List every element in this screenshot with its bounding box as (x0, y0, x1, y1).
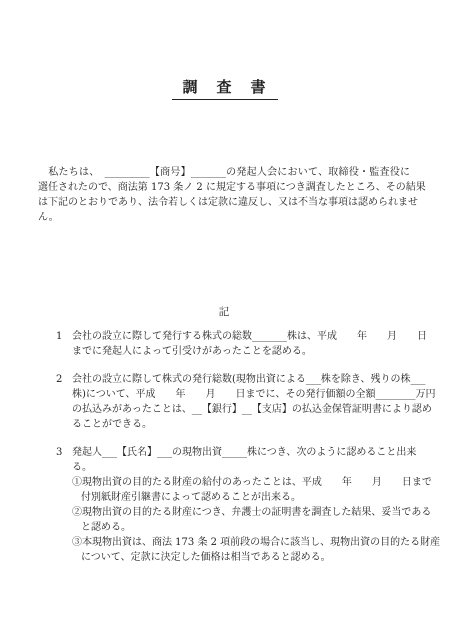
document-page: 調 査 書 私たちは、 _________【商号】_______の発起人会におい… (0, 0, 450, 636)
item-3-sub-2: ②現物出資の目的たる財産につき、弁護士の証明書を調査した結果、妥当である と認め… (72, 505, 410, 535)
item-3-number: 3 (56, 445, 62, 460)
item-3-line: 発起人___【氏名】___の現物出資_____株につき、次のように認めること出来 (72, 445, 410, 460)
sub-item-line: と認める。 (72, 520, 410, 535)
intro-line: ん。 (38, 210, 410, 225)
item-3-sub-1: ①現物出資の目的たる財産の給付のあったことは、平成 年 月 日まで 付別紙財産引… (72, 475, 410, 505)
item-3: 3 発起人___【氏名】___の現物出資_____株につき、次のように認めること… (38, 445, 410, 565)
document-title: 調 査 書 (172, 76, 277, 100)
item-1-line: 会社の設立に際して発行する株式の総数_______株は、平成 年 月 日 (72, 329, 410, 344)
item-2: 2 会社の設立に際して株式の発行総数(現物出資による___株を除き、残りの株__… (38, 372, 410, 432)
item-2-line: 会社の設立に際して株式の発行総数(現物出資による___株を除き、残りの株___ (72, 372, 410, 387)
intro-paragraph: 私たちは、 _________【商号】_______の発起人会において、取締役・… (38, 165, 410, 225)
intro-line: 選任されたので、商法第 173 条ノ 2 に規定する事項につき調査したところ、そ… (38, 180, 410, 195)
intro-line: は下記のとおりであり、法令若しくは定款に違反し、又は不当な事項は認められませ (38, 195, 410, 210)
item-1-number: 1 (56, 329, 62, 344)
item-2-line: ることができる。 (72, 417, 410, 432)
intro-line: 私たちは、 _________【商号】_______の発起人会において、取締役・… (38, 165, 410, 180)
item-2-number: 2 (56, 372, 62, 387)
sub-item-line: 付別紙財産引継書によって認めることが出来る。 (72, 490, 410, 505)
sub-item-line: ②現物出資の目的たる財産につき、弁護士の証明書を調査した結果、妥当である (72, 505, 410, 520)
item-2-line: の払込みがあったことは、__【銀行】__【支店】の払込金保管証明書により認め (72, 402, 410, 417)
item-1-line: までに発起人によって引受けがあったことを認める。 (72, 344, 410, 359)
item-3-line: る。 (72, 460, 410, 475)
sub-item-line: について、定款に決定した価格は相当であると認める。 (72, 550, 410, 565)
sub-item-line: ①現物出資の目的たる財産の給付のあったことは、平成 年 月 日まで (72, 475, 410, 490)
item-3-sub-3: ③本現物出資は、商法 173 条 2 項前段の場合に該当し、現物出資の目的たる財… (72, 535, 410, 565)
section-marker: 記 (38, 305, 410, 320)
items-list: 1 会社の設立に際して発行する株式の総数_______株は、平成 年 月 日 ま… (38, 329, 410, 565)
item-2-line: 株)について、平成 年 月 日までに、その発行価額の全額________万円 (72, 387, 410, 402)
sub-item-line: ③本現物出資は、商法 173 条 2 項前段の場合に該当し、現物出資の目的たる財… (72, 535, 410, 550)
document-title-wrap: 調 査 書 (0, 76, 450, 100)
item-1: 1 会社の設立に際して発行する株式の総数_______株は、平成 年 月 日 ま… (38, 329, 410, 359)
